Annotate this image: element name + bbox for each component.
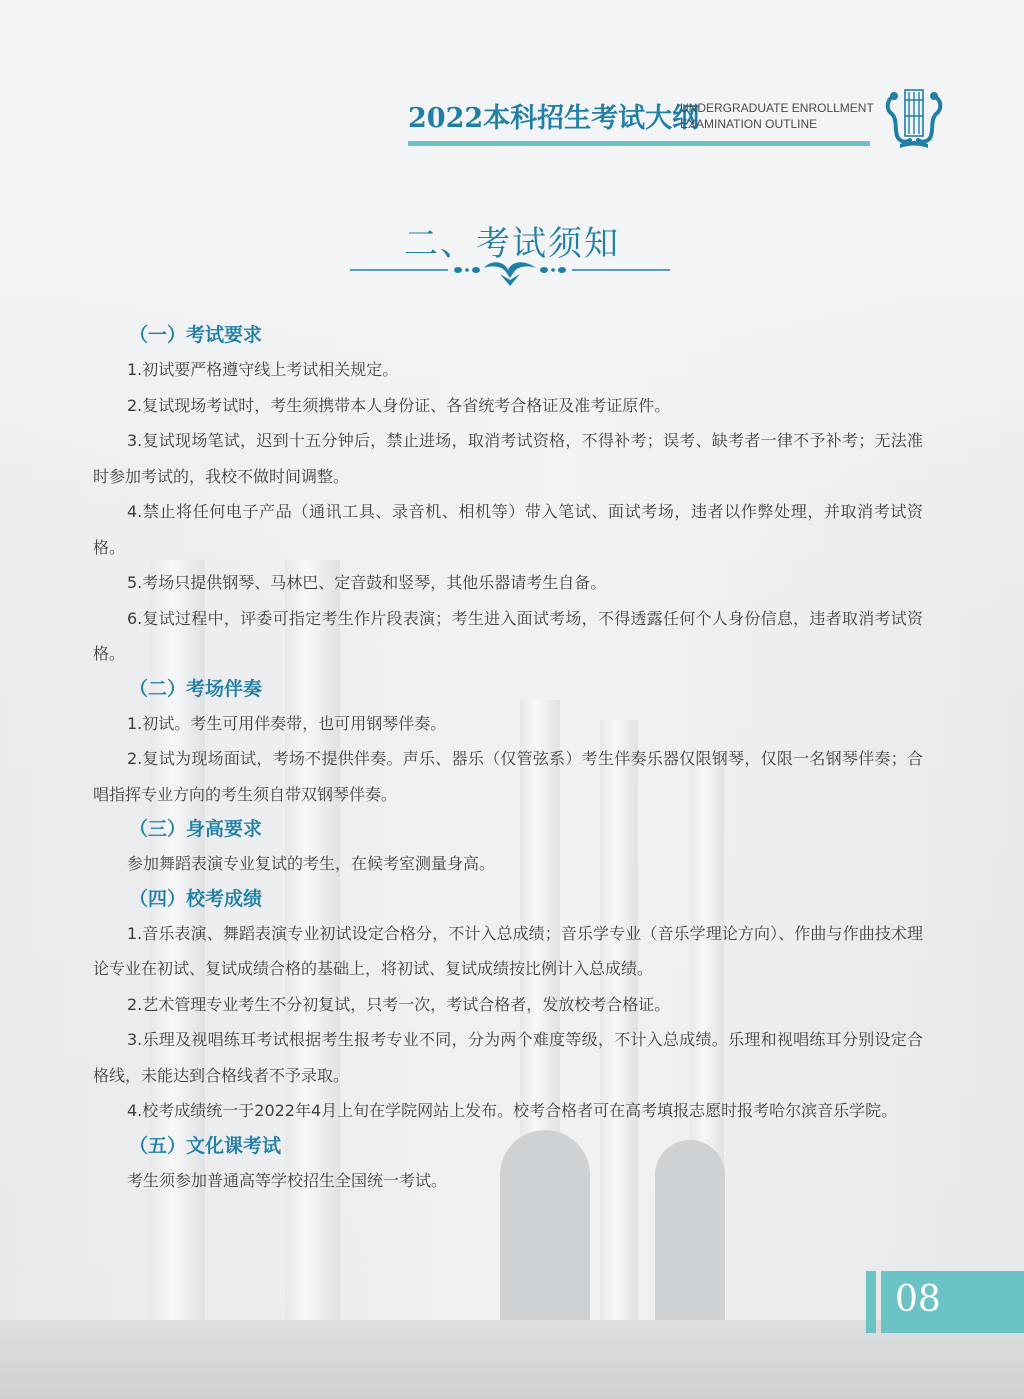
paragraph: 5.考场只提供钢琴、马林巴、定音鼓和竖琴，其他乐器请考生自备。 xyxy=(93,565,923,601)
paragraph: 6.复试过程中，评委可指定考生作片段表演；考生进入面试考场，不得透露任何个人身份… xyxy=(93,601,923,672)
section-accompaniment: （二）考场伴奏 1.初试。考生可用伴奏带，也可用钢琴伴奏。 2.复试为现场面试，… xyxy=(93,672,923,813)
header-rule xyxy=(408,141,870,146)
paragraph: 3.乐理及视唱练耳考试根据考生报考专业不同，分为两个难度等级，不计入总成绩。乐理… xyxy=(93,1022,923,1093)
page-number-box: 08 xyxy=(881,1271,1024,1333)
section-height-requirement: （三）身高要求 参加舞蹈表演专业复试的考生，在候考室测量身高。 xyxy=(93,812,923,882)
subsection-heading: （一）考试要求 xyxy=(93,318,923,352)
paragraph: 3.复试现场笔试，迟到十五分钟后，禁止进场，取消考试资格，不得补考；误考、缺考者… xyxy=(93,423,923,494)
page-header: 2022本科招生考试大纲 UNDERGRADUATE ENROLLMENT EX… xyxy=(408,90,870,150)
paragraph: 1.初试。考生可用伴奏带，也可用钢琴伴奏。 xyxy=(93,706,923,742)
paragraph: 1.初试要严格遵守线上考试相关规定。 xyxy=(93,352,923,388)
paragraph: 2.复试为现场面试，考场不提供伴奏。声乐、器乐（仅管弦系）考生伴奏乐器仅限钢琴，… xyxy=(93,741,923,812)
page-number: 08 xyxy=(895,1279,941,1320)
header-subtitle-line2: EXAMINATION OUTLINE xyxy=(680,116,874,132)
subsection-heading: （四）校考成绩 xyxy=(93,882,923,916)
subsection-heading: （三）身高要求 xyxy=(93,812,923,846)
subsection-heading: （二）考场伴奏 xyxy=(93,672,923,706)
header-subtitle-line1: UNDERGRADUATE ENROLLMENT xyxy=(680,100,874,116)
paragraph: 考生须参加普通高等学校招生全国统一考试。 xyxy=(93,1163,923,1199)
paragraph: 1.音乐表演、舞蹈表演专业初试设定合格分，不计入总成绩；音乐学专业（音乐学理论方… xyxy=(93,916,923,987)
paragraph: 4.校考成绩统一于2022年4月上旬在学院网站上发布。校考合格者可在高考填报志愿… xyxy=(93,1093,923,1129)
section-exam-requirements: （一）考试要求 1.初试要严格遵守线上考试相关规定。 2.复试现场考试时，考生须… xyxy=(93,318,923,672)
section-cultural-exam: （五）文化课考试 考生须参加普通高等学校招生全国统一考试。 xyxy=(93,1129,923,1199)
subsection-heading: （五）文化课考试 xyxy=(93,1129,923,1163)
paragraph: 2.艺术管理专业考生不分初复试，只考一次，考试合格者，发放校考合格证。 xyxy=(93,987,923,1023)
paragraph: 参加舞蹈表演专业复试的考生，在候考室测量身高。 xyxy=(93,846,923,882)
ornament-divider-icon xyxy=(350,256,670,292)
content-body: （一）考试要求 1.初试要严格遵守线上考试相关规定。 2.复试现场考试时，考生须… xyxy=(93,318,923,1198)
header-subtitle-en: UNDERGRADUATE ENROLLMENT EXAMINATION OUT… xyxy=(680,100,874,132)
section-exam-scores: （四）校考成绩 1.音乐表演、舞蹈表演专业初试设定合格分，不计入总成绩；音乐学专… xyxy=(93,882,923,1129)
header-title: 2022本科招生考试大纲 xyxy=(408,96,699,135)
paragraph: 4.禁止将任何电子产品（通讯工具、录音机、相机等）带入笔试、面试考场，违者以作弊… xyxy=(93,494,923,565)
page-number-accent-bar xyxy=(866,1271,876,1333)
lyre-hcm-logo-icon xyxy=(884,86,944,152)
paragraph: 2.复试现场考试时，考生须携带本人身份证、各省统考合格证及准考证原件。 xyxy=(93,388,923,424)
